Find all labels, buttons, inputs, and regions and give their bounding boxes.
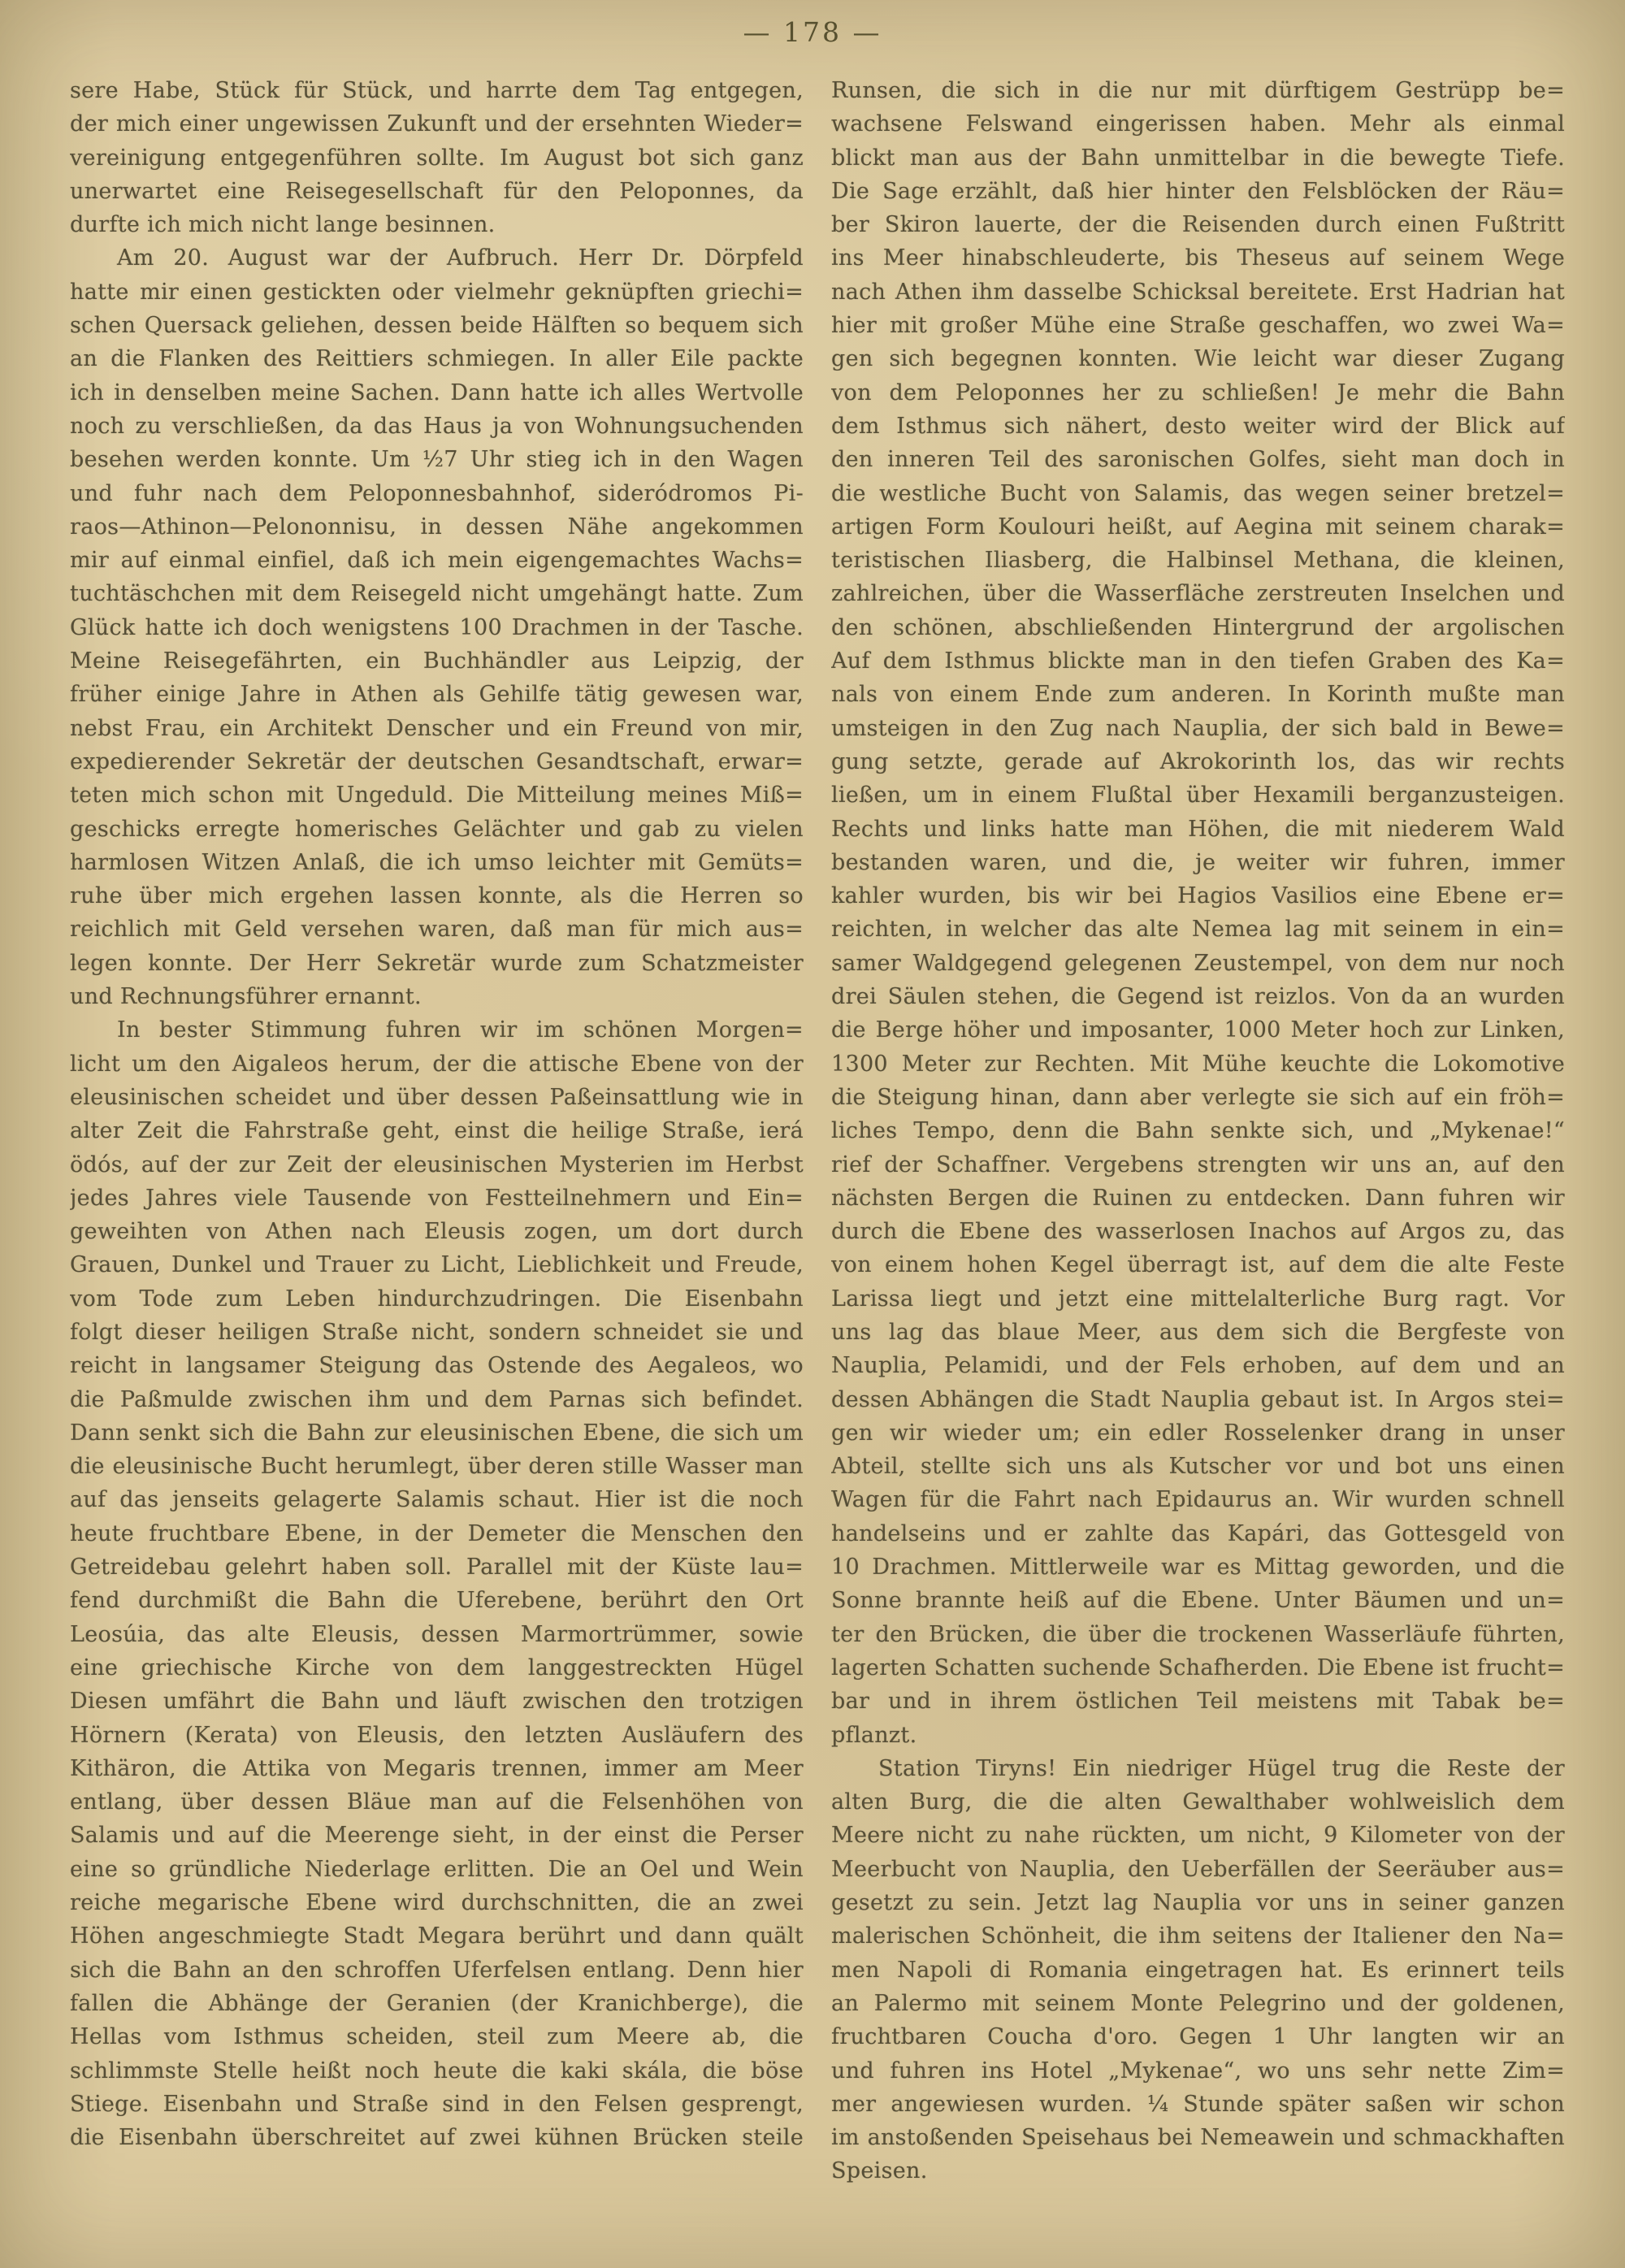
text-line: ber Skiron lauerte, der die Reisenden du… — [831, 208, 1565, 241]
text-line: unerwartet eine Reisegesellschaft für de… — [70, 175, 804, 208]
page-number: — 178 — — [0, 0, 1625, 48]
text-line: entlang, über dessen Bläue man auf die F… — [70, 1785, 804, 1819]
text-line: Meine Reisegefährten, ein Buchhändler au… — [70, 644, 804, 678]
text-line: raos—Athinon—Pelononnisu, in dessen Nähe… — [70, 510, 804, 544]
text-line: Runsen, die sich in die nur mit dürftige… — [831, 74, 1565, 107]
text-line: von dem Peloponnes her zu schließen! Je … — [831, 376, 1565, 410]
text-line: malerischen Schönheit, die ihm seitens d… — [831, 1919, 1565, 1953]
text-line: durfte ich mich nicht lange besinnen. — [70, 208, 804, 241]
text-line: ödós, auf der zur Zeit der eleusinischen… — [70, 1148, 804, 1182]
text-line: von einem hohen Kegel überragt ist, auf … — [831, 1248, 1565, 1281]
text-line: liches Tempo, denn die Bahn senkte sich,… — [831, 1114, 1565, 1147]
text-line: vom Tode zum Leben hindurchzudringen. Di… — [70, 1282, 804, 1316]
text-line: Station Tiryns! Ein niedriger Hügel trug… — [831, 1752, 1565, 1785]
text-line: ins Meer hinabschleuderte, bis Theseus a… — [831, 241, 1565, 275]
text-line: eleusinischen scheidet und über dessen P… — [70, 1081, 804, 1114]
text-line: Hörnern (Kerata) von Eleusis, den letzte… — [70, 1719, 804, 1752]
text-line: jedes Jahres viele Tausende von Festteil… — [70, 1182, 804, 1215]
text-line: die Eisenbahn überschreitet auf zwei küh… — [70, 2121, 804, 2154]
text-line: gen sich begegnen konnten. Wie leicht wa… — [831, 342, 1565, 375]
text-line: kahler wurden, bis wir bei Hagios Vasili… — [831, 879, 1565, 913]
text-line: Larissa liegt und jetzt eine mittelalter… — [831, 1282, 1565, 1316]
text-line: Diesen umfährt die Bahn und läuft zwisch… — [70, 1685, 804, 1718]
text-line: die Berge höher und imposanter, 1000 Met… — [831, 1013, 1565, 1047]
text-line: besehen werden konnte. Um ½7 Uhr stieg i… — [70, 443, 804, 476]
text-line: gesetzt zu sein. Jetzt lag Nauplia vor u… — [831, 1886, 1565, 1919]
text-line: fruchtbaren Coucha d'oro. Gegen 1 Uhr la… — [831, 2020, 1565, 2053]
text-line: uns lag das blaue Meer, aus dem sich die… — [831, 1316, 1565, 1349]
text-line: Kithäron, die Attika von Megaris trennen… — [70, 1752, 804, 1785]
text-line: und fuhr nach dem Peloponnesbahnhof, sid… — [70, 477, 804, 510]
text-line: umsteigen in den Zug nach Nauplia, der s… — [831, 712, 1565, 745]
text-line: die eleusinische Bucht herumlegt, über d… — [70, 1450, 804, 1483]
text-line: 10 Drachmen. Mittlerweile war es Mittag … — [831, 1550, 1565, 1584]
text-line: Glück hatte ich doch wenigstens 100 Drac… — [70, 611, 804, 644]
text-line: reiche megarische Ebene wird durchschnit… — [70, 1886, 804, 1919]
text-line: die westliche Bucht von Salamis, das weg… — [831, 477, 1565, 510]
text-line: schlimmste Stelle heißt noch heute die k… — [70, 2054, 804, 2088]
text-line: früher einige Jahre in Athen als Gehilfe… — [70, 678, 804, 711]
text-line: drei Säulen stehen, die Gegend ist reizl… — [831, 980, 1565, 1013]
text-line: bar und in ihrem östlichen Teil meistens… — [831, 1685, 1565, 1718]
text-line: Dann senkt sich die Bahn zur eleusinisch… — [70, 1416, 804, 1450]
text-line: dessen Abhängen die Stadt Nauplia gebaut… — [831, 1383, 1565, 1416]
text-line: teten mich schon mit Ungeduld. Die Mitte… — [70, 778, 804, 812]
text-line: rief der Schaffner. Vergebens strengten … — [831, 1148, 1565, 1182]
text-line: 1300 Meter zur Rechten. Mit Mühe keuchte… — [831, 1047, 1565, 1081]
text-line: samer Waldgegend gelegenen Zeustempel, v… — [831, 947, 1565, 980]
text-line: nächsten Bergen die Ruinen zu entdecken.… — [831, 1182, 1565, 1215]
text-line: Grauen, Dunkel und Trauer zu Licht, Lieb… — [70, 1248, 804, 1281]
text-line: reichlich mit Geld versehen waren, daß m… — [70, 913, 804, 946]
text-line: zahlreichen, über die Wasserfläche zerst… — [831, 577, 1565, 610]
text-line: Höhen angeschmiegte Stadt Megara berührt… — [70, 1919, 804, 1953]
text-line: eine so gründliche Niederlage erlitten. … — [70, 1853, 804, 1886]
text-line: mir auf einmal einfiel, daß ich mein eig… — [70, 544, 804, 577]
text-line: Wagen für die Fahrt nach Epidaurus an. W… — [831, 1483, 1565, 1516]
text-line: Die Sage erzählt, daß hier hinter den Fe… — [831, 175, 1565, 208]
text-line: alter Zeit die Fahrstraße geht, einst di… — [70, 1114, 804, 1147]
text-line: harmlosen Witzen Anlaß, die ich umso lei… — [70, 846, 804, 879]
text-line: heute fruchtbare Ebene, in der Demeter d… — [70, 1517, 804, 1550]
text-line: die Paßmulde zwischen ihm und dem Parnas… — [70, 1383, 804, 1416]
text-line: legen konnte. Der Herr Sekretär wurde zu… — [70, 947, 804, 980]
text-line: pflanzt. — [831, 1719, 1565, 1752]
text-line: und Rechnungsführer ernannt. — [70, 980, 804, 1013]
text-column-left: sere Habe, Stück für Stück, und harrte d… — [70, 74, 804, 2188]
text-line: Salamis und auf die Meerenge sieht, in d… — [70, 1819, 804, 1852]
text-line: Speisen. — [831, 2154, 1565, 2188]
text-line: bestanden waren, und die, je weiter wir … — [831, 846, 1565, 879]
text-line: reicht in langsamer Steigung das Ostende… — [70, 1349, 804, 1382]
text-line: Auf dem Isthmus blickte man in den tiefe… — [831, 644, 1565, 678]
text-line: hier mit großer Mühe eine Straße geschaf… — [831, 309, 1565, 342]
text-line: ruhe über mich ergehen lassen konnte, al… — [70, 879, 804, 913]
text-line: nals von einem Ende zum anderen. In Kori… — [831, 678, 1565, 711]
text-line: an die Flanken des Reittiers schmiegen. … — [70, 342, 804, 375]
text-line: folgt dieser heiligen Straße nicht, sond… — [70, 1316, 804, 1349]
text-line: Abteil, stellte sich uns als Kutscher vo… — [831, 1450, 1565, 1483]
text-line: nebst Frau, ein Architekt Denscher und e… — [70, 712, 804, 745]
text-line: auf das jenseits gelagerte Salamis schau… — [70, 1483, 804, 1516]
text-line: Getreidebau gelehrt haben soll. Parallel… — [70, 1550, 804, 1584]
text-line: ließen, um in einem Flußtal über Hexamil… — [831, 778, 1565, 812]
text-line: schen Quersack geliehen, dessen beide Hä… — [70, 309, 804, 342]
text-column-right: Runsen, die sich in die nur mit dürftige… — [831, 74, 1565, 2188]
text-line: Nauplia, Pelamidi, und der Fels erhoben,… — [831, 1349, 1565, 1382]
text-line: dem Isthmus sich nähert, desto weiter wi… — [831, 410, 1565, 443]
text-line: hatte mir einen gestickten oder vielmehr… — [70, 275, 804, 309]
text-line: licht um den Aigaleos herum, der die att… — [70, 1047, 804, 1081]
text-line: noch zu verschließen, da das Haus ja von… — [70, 410, 804, 443]
text-line: artigen Form Koulouri heißt, auf Aegina … — [831, 510, 1565, 544]
text-line: fend durchmißt die Bahn die Uferebene, b… — [70, 1584, 804, 1617]
text-line: sich die Bahn an den schroffen Uferfelse… — [70, 1954, 804, 1987]
text-line: fallen die Abhänge der Geranien (der Kra… — [70, 1987, 804, 2020]
text-line: tuchtäschchen mit dem Reisegeld nicht um… — [70, 577, 804, 610]
text-line: geschicks erregte homerisches Gelächter … — [70, 813, 804, 846]
text-line: gen wir wieder um; ein edler Rosselenker… — [831, 1416, 1565, 1450]
text-line: men Napoli di Romania eingetragen hat. E… — [831, 1954, 1565, 1987]
text-line: teristischen Iliasberg, die Halbinsel Me… — [831, 544, 1565, 577]
text-line: ter den Brücken, die über die trockenen … — [831, 1618, 1565, 1651]
text-line: sere Habe, Stück für Stück, und harrte d… — [70, 74, 804, 107]
text-line: mer angewiesen wurden. ¼ Stunde später s… — [831, 2088, 1565, 2121]
text-line: Meerbucht von Nauplia, den Ueberfällen d… — [831, 1853, 1565, 1886]
text-line: lagerten Schatten suchende Schafherden. … — [831, 1651, 1565, 1685]
text-line: geweihten von Athen nach Eleusis zogen, … — [70, 1215, 804, 1248]
text-line: Am 20. August war der Aufbruch. Herr Dr.… — [70, 241, 804, 275]
text-columns: sere Habe, Stück für Stück, und harrte d… — [0, 48, 1625, 2188]
text-line: im anstoßenden Speisehaus bei Nemeawein … — [831, 2121, 1565, 2154]
text-line: Hellas vom Isthmus scheiden, steil zum M… — [70, 2020, 804, 2053]
text-line: Leosúia, das alte Eleusis, dessen Marmor… — [70, 1618, 804, 1651]
text-line: den inneren Teil des saronischen Golfes,… — [831, 443, 1565, 476]
text-line: handelseins und er zahlte das Kapári, da… — [831, 1517, 1565, 1550]
text-line: die Steigung hinan, dann aber verlegte s… — [831, 1081, 1565, 1114]
text-line: expedierender Sekretär der deutschen Ges… — [70, 745, 804, 778]
text-line: Stiege. Eisenbahn und Straße sind in den… — [70, 2088, 804, 2121]
text-line: Rechts und links hatte man Höhen, die mi… — [831, 813, 1565, 846]
text-line: reichten, in welcher das alte Nemea lag … — [831, 913, 1565, 946]
text-line: an Palermo mit seinem Monte Pelegrino un… — [831, 1987, 1565, 2020]
text-line: blickt man aus der Bahn unmittelbar in d… — [831, 141, 1565, 175]
text-line: nach Athen ihm dasselbe Schicksal bereit… — [831, 275, 1565, 309]
text-line: In bester Stimmung fuhren wir im schönen… — [70, 1013, 804, 1047]
text-line: der mich einer ungewissen Zukunft und de… — [70, 107, 804, 141]
text-line: gung setzte, gerade auf Akrokorinth los,… — [831, 745, 1565, 778]
text-line: den schönen, abschließenden Hintergrund … — [831, 611, 1565, 644]
book-page: { "colors": { "paper": "#d8c69a", "ink":… — [0, 0, 1625, 2268]
text-line: durch die Ebene des wasserlosen Inachos … — [831, 1215, 1565, 1248]
text-line: eine griechische Kirche von dem langgest… — [70, 1651, 804, 1685]
text-line: und fuhren ins Hotel „Mykenae“, wo uns s… — [831, 2054, 1565, 2088]
text-line: vereinigung entgegenführen sollte. Im Au… — [70, 141, 804, 175]
text-line: ich in denselben meine Sachen. Dann hatt… — [70, 376, 804, 410]
text-line: Sonne brannte heiß auf die Ebene. Unter … — [831, 1584, 1565, 1617]
text-line: wachsene Felswand eingerissen haben. Meh… — [831, 107, 1565, 141]
text-line: Meere nicht zu nahe rückten, um nicht, 9… — [831, 1819, 1565, 1852]
text-line: alten Burg, die die alten Gewalthaber wo… — [831, 1785, 1565, 1819]
